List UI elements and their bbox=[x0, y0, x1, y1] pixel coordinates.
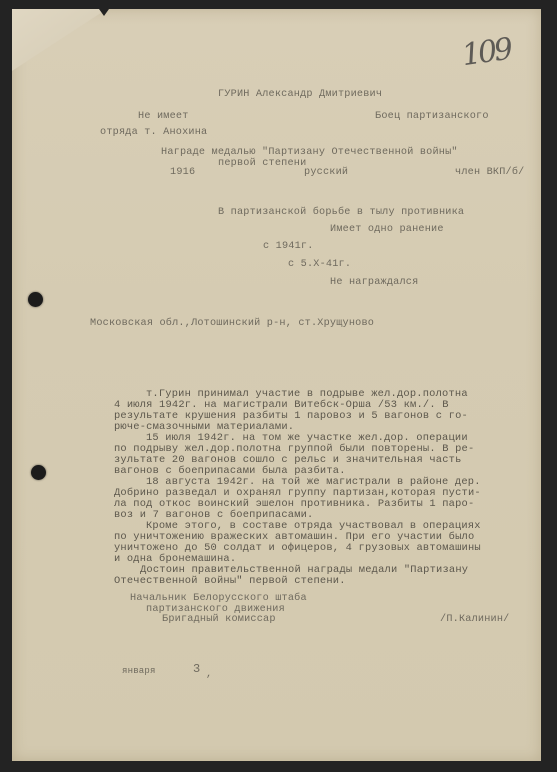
date-day: 3 bbox=[193, 664, 200, 675]
signature-title-line3: Бригадный комиссар bbox=[162, 614, 276, 625]
birth-year: 1916 bbox=[170, 167, 195, 178]
date-month: января bbox=[122, 666, 156, 677]
punch-hole-lower bbox=[31, 465, 46, 480]
rank: Не имеет bbox=[138, 111, 189, 122]
signature-title-line1: Начальник Белорусского штаба bbox=[130, 593, 307, 604]
previous-awards: Не награждался bbox=[330, 277, 418, 288]
punch-hole-upper bbox=[28, 292, 43, 307]
nationality: русский bbox=[304, 167, 348, 178]
award-line: Награде медалью "Партизану Отечественной… bbox=[161, 147, 458, 158]
narrative-line: Отечественной войны" первой степени. bbox=[114, 576, 346, 588]
position-line1: Боец партизанского bbox=[375, 111, 489, 122]
signatory-name: /П.Калинин/ bbox=[440, 614, 509, 625]
position-line2: отряда т. Анохина bbox=[100, 127, 207, 138]
paper-notch bbox=[99, 9, 109, 16]
wounds: Имеет одно ранение bbox=[330, 224, 444, 235]
since-year: с 1941г. bbox=[263, 241, 314, 252]
participation: В партизанской борьбе в тылу противника bbox=[218, 207, 464, 218]
since-date: с 5.X-41г. bbox=[288, 259, 351, 270]
date-comma: , bbox=[206, 669, 212, 680]
award-degree: первой степени bbox=[218, 158, 306, 169]
full-name: ГУРИН Александр Дмитриевич bbox=[218, 89, 382, 100]
party-membership: член ВКП/б/ bbox=[455, 167, 524, 178]
handwritten-page-number: 109 bbox=[460, 32, 513, 73]
address: Московская обл.,Лотошинский р-н, ст.Хрущ… bbox=[90, 318, 374, 329]
